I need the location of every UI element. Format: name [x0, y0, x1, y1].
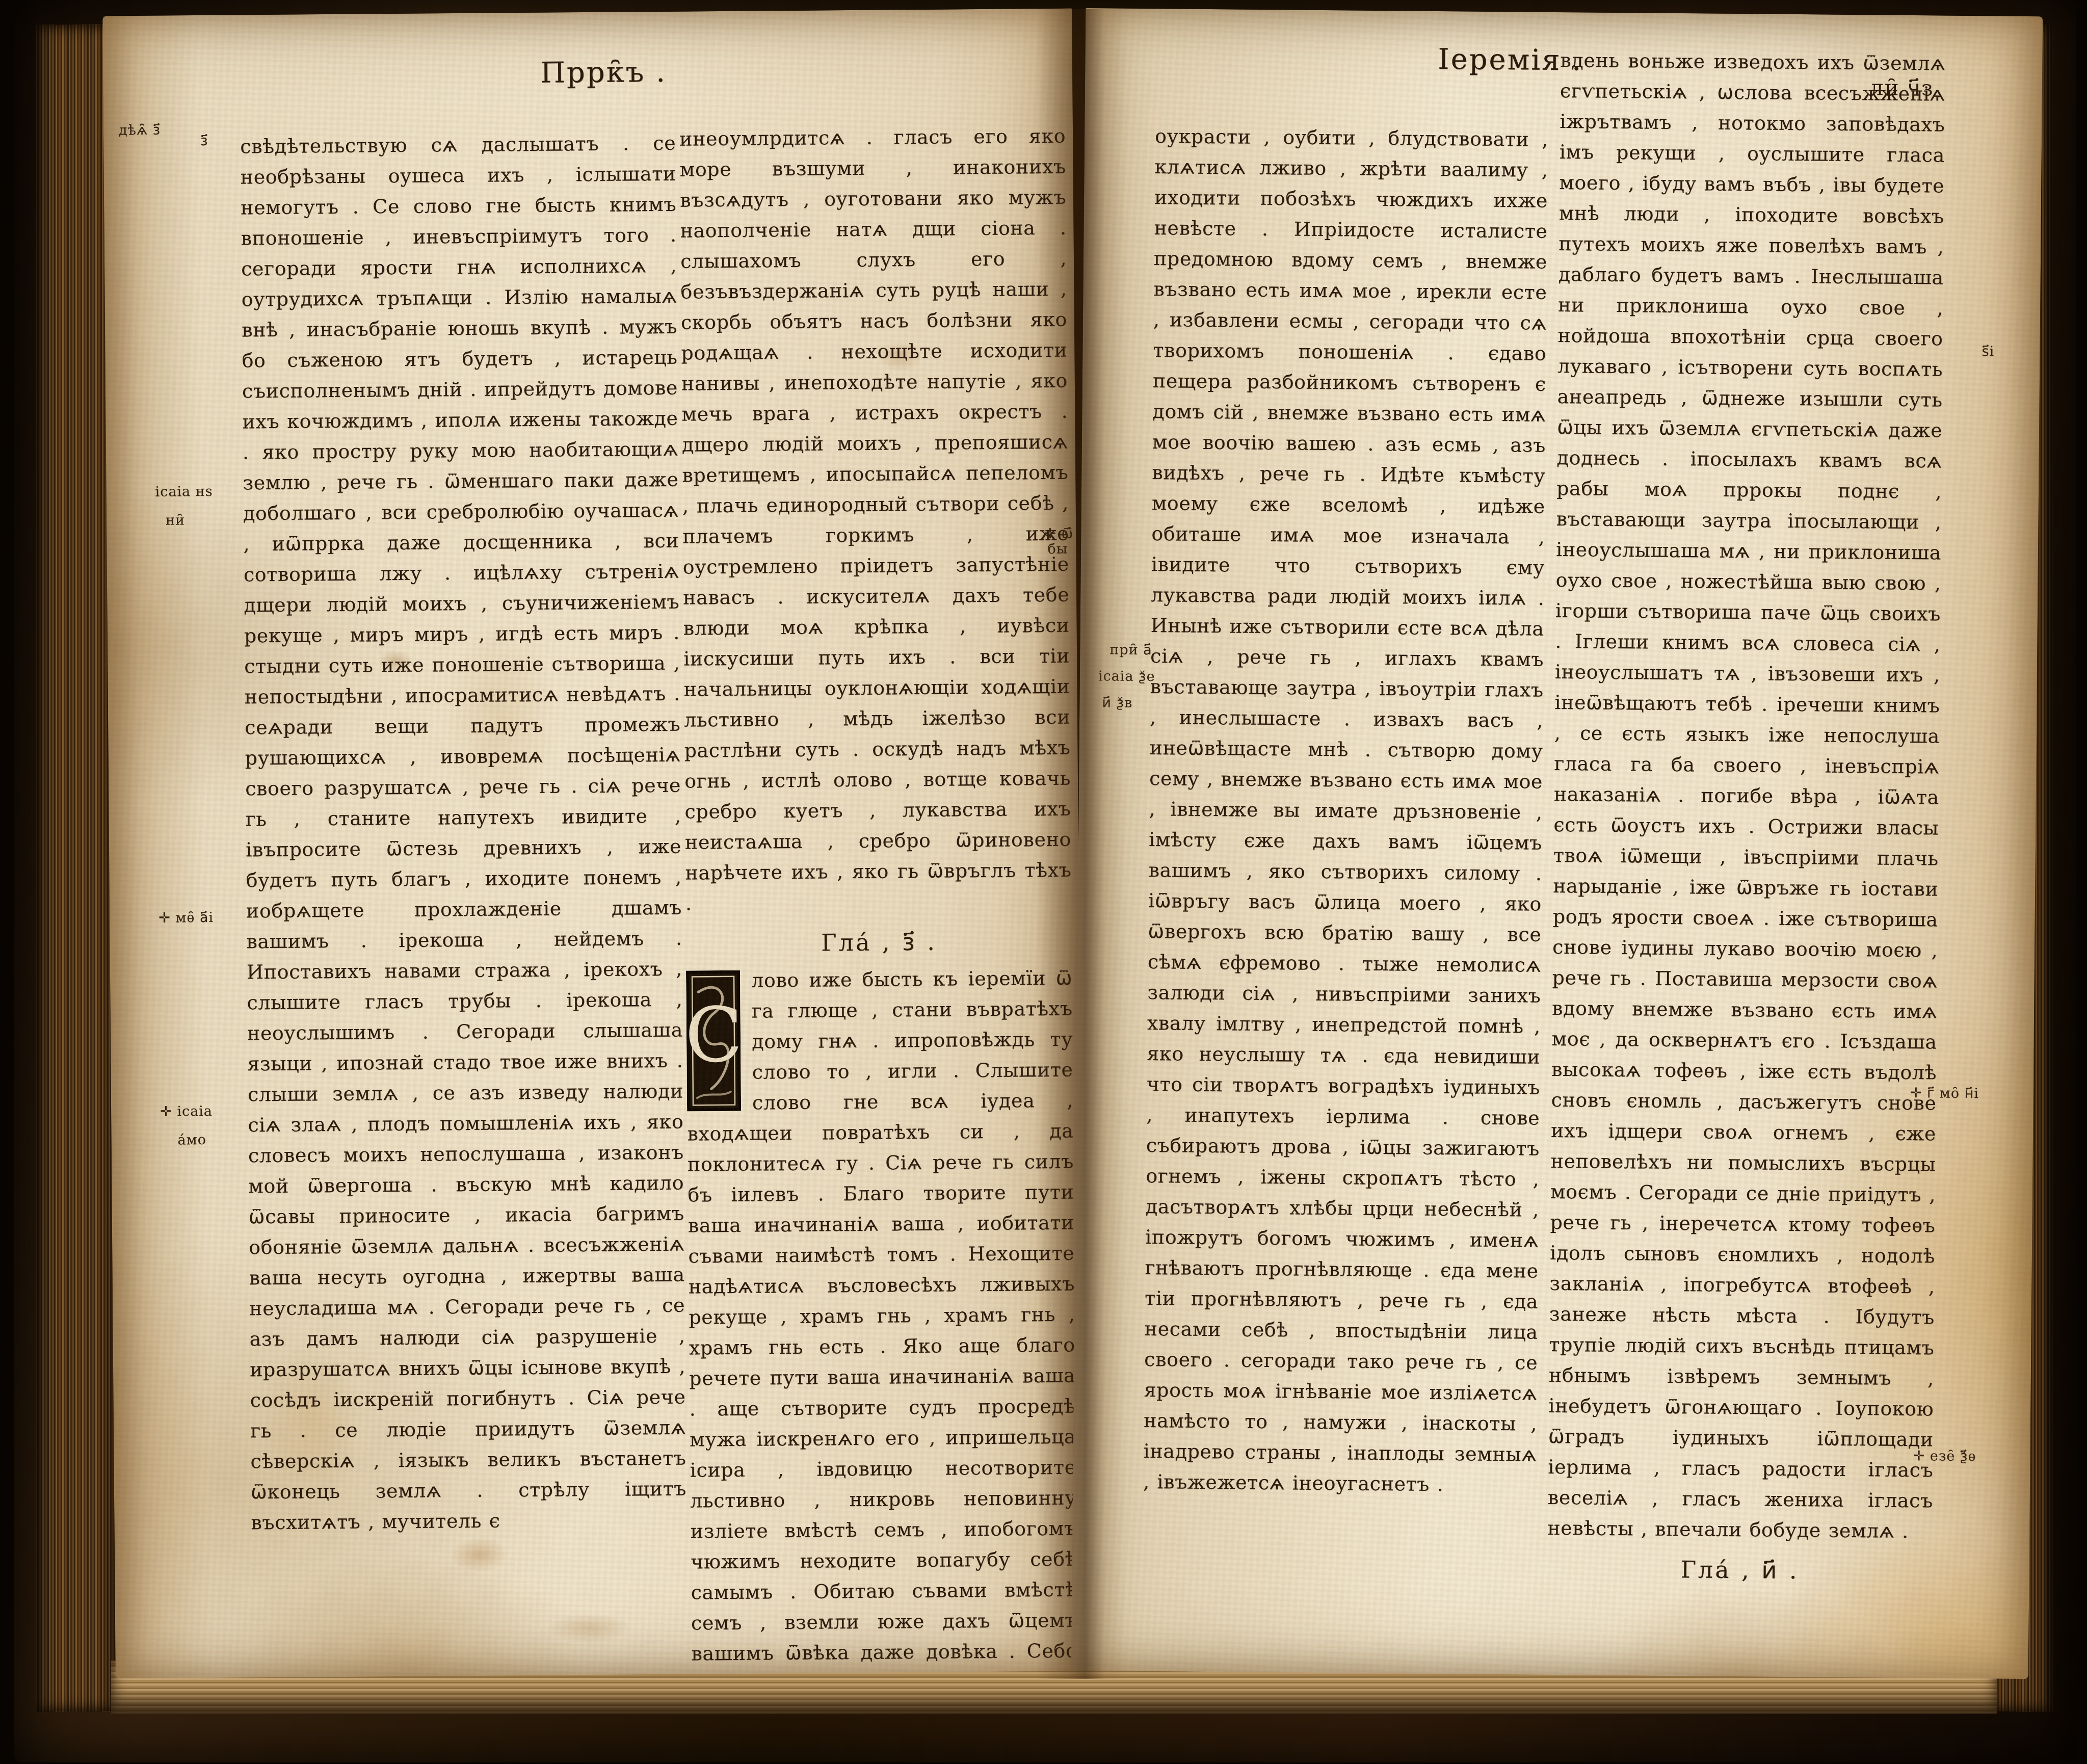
right-page: Іеремія . ли̑ ч҃з оукрасти , оубити , бл…: [1071, 8, 2043, 1679]
text-column-right-1: оукрасти , оубити , блудствовати , клѧти…: [1142, 121, 1548, 1664]
text-column-left-1: свѣдѣтельствую сѧ даслышатъ . се необрѣз…: [240, 128, 688, 1655]
text-block: оукрасти , оубити , блудствовати , клѧти…: [1143, 121, 1549, 1500]
margin-note: з҃: [200, 134, 208, 149]
text-column-left-2: инеоумлрдитсѧ . гласъ его яко море възшу…: [679, 121, 1078, 1668]
drop-cap: С: [686, 970, 741, 1112]
margin-note: при̑ а҃: [1109, 642, 1152, 658]
text-block: инеоумлрдитсѧ . гласъ его яко море възшу…: [679, 121, 1072, 919]
text-block: вдень воньже изведохъ ихъ ѿземлѧ єгѵпеть…: [1547, 45, 1946, 1546]
left-page: Пррк̑ъ . свѣдѣтельствую сѧ даслышатъ . с…: [102, 9, 1085, 1679]
text-column-right-2: вдень воньже изведохъ ихъ ѿземлѧ єгѵпеть…: [1546, 45, 1946, 1669]
margin-note: ✛ езе̑ ѯ҃ѳ: [1913, 1449, 1976, 1464]
margin-note: дѣѧ̑ з҃: [119, 123, 161, 139]
ornate-initial-woodcut: С: [686, 970, 741, 1112]
margin-note: ✛ г҃ мо̑ н҃і: [1910, 1086, 1979, 1101]
text-block-with-initial: Слово иже бысть къ іеремїи ѿ га глюще , …: [686, 963, 1078, 1668]
open-book: Пррк̑ъ . свѣдѣтельствую сѧ даслышатъ . с…: [14, 0, 2076, 1762]
margin-note: ни̑: [166, 513, 185, 528]
margin-note: бы: [1047, 542, 1068, 557]
chapter-heading: Гла́ , з҃ .: [685, 924, 1072, 961]
margin-note: ѕ҃і: [1982, 344, 1994, 359]
margin-note: а́мо: [177, 1133, 206, 1148]
svg-text:С: С: [686, 991, 741, 1080]
margin-note: и҃ ѯв: [1102, 695, 1132, 711]
photo-of-open-antique-book: { "left_page": { "running_title": "Пррк̑…: [0, 0, 2087, 1764]
chapter-heading: Гла́ , и҃ .: [1547, 1551, 1933, 1589]
running-title-left: Пррк̑ъ .: [540, 56, 667, 90]
margin-note: ісаіа ѯе: [1098, 669, 1155, 684]
margin-note: ✛ ісаіа: [160, 1104, 213, 1120]
margin-note: ісаіа нѕ: [155, 484, 213, 500]
text-block: свѣдѣтельствую сѧ даслышатъ . се необрѣз…: [240, 128, 687, 1538]
margin-note: ✛ ѿ̑: [1044, 526, 1073, 542]
margin-note: ✛ мѳ̑ а҃і: [158, 910, 214, 926]
